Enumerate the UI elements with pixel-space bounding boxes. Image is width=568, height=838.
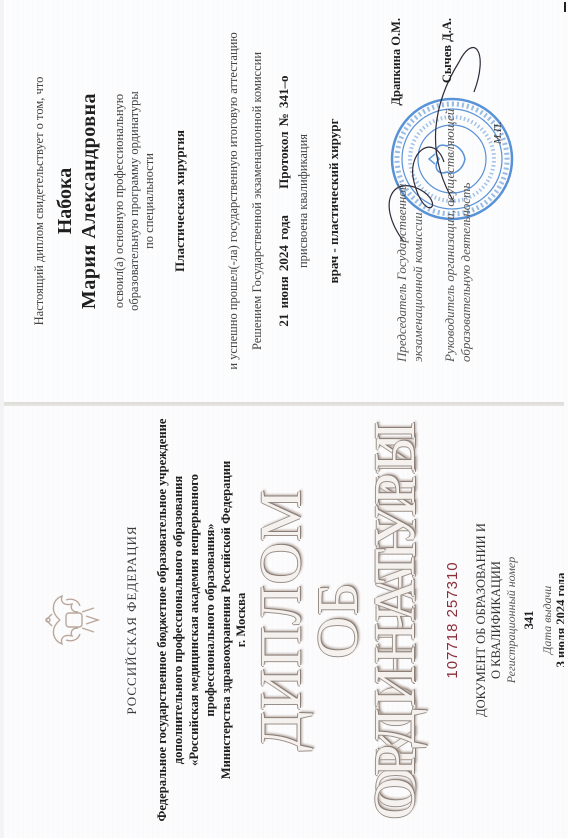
attestation-statement: и успешно прошел(-ла) государственную ит… xyxy=(226,0,241,402)
qualification: врач - пластический хирург xyxy=(326,0,342,402)
diploma-details-page: Настоящий диплом свидетельствует о том, … xyxy=(4,0,564,402)
country-heading: РОССИЙСКАЯ ФЕДЕРАЦИЯ xyxy=(124,402,140,838)
title-line-1: ДИПЛОМ xyxy=(252,402,310,838)
issue-date: 3 июля 2024 года xyxy=(554,402,564,838)
institution-name: Федеральное государственное бюджетное об… xyxy=(154,402,234,838)
qualification-label: присвоена квалификация xyxy=(296,0,311,402)
institution-line: Федеральное государственное бюджетное об… xyxy=(154,402,170,838)
commission-date-protocol: 21 июня 2024 года Протокол № 341–о xyxy=(276,0,292,402)
document-type-line: ДОКУМЕНТ ОБ ОБРАЗОВАНИИ И xyxy=(474,402,489,838)
document-type-line: О КВАЛИФИКАЦИИ xyxy=(489,402,504,838)
graduate-given-names: Мария Александровна xyxy=(78,0,101,402)
commission-decision: Решением Государственной экзаменационной… xyxy=(250,0,265,402)
head-role: Руководитель организации, осуществляющей… xyxy=(442,109,474,362)
role-line: экзаменационной комиссии xyxy=(410,184,426,362)
registration-number: 341 xyxy=(522,402,537,838)
issue-date-label: Дата выдачи xyxy=(540,402,555,838)
diploma-title-page: РОССИЙСКАЯ ФЕДЕРАЦИЯ Федеральное государ… xyxy=(4,401,564,838)
document-type: ДОКУМЕНТ ОБ ОБРАЗОВАНИИ И О КВАЛИФИКАЦИИ xyxy=(474,402,504,838)
institution-line: Министерства здравоохранения Российской … xyxy=(218,402,234,838)
intro-text: Настоящий диплом свидетельствует о том, … xyxy=(32,0,47,402)
role-line: Руководитель организации, осуществляющей xyxy=(442,109,458,362)
diploma-document: РОССИЙСКАЯ ФЕДЕРАЦИЯ Федеральное государ… xyxy=(4,0,564,838)
chairman-name: Драпкина О.М. xyxy=(389,18,404,106)
commission-date: 21 июня 2024 года xyxy=(276,215,291,326)
registration-label: Регистрационный номер xyxy=(504,402,519,838)
russian-coat-of-arms-icon xyxy=(42,592,102,648)
specialty: Пластическая хирургия xyxy=(172,0,188,402)
head-name: Сычев Д.А. xyxy=(440,18,455,83)
program-line: освоил(а) основную профессиональную xyxy=(112,0,127,402)
stamp-mark: М.П. xyxy=(492,121,504,144)
protocol-number: Протокол № 341–о xyxy=(276,75,291,188)
city: г. Москва xyxy=(234,402,249,838)
role-line: Председатель Государственной xyxy=(394,184,410,362)
serial-number: 107718 257310 xyxy=(444,402,461,838)
graduate-surname: Набока xyxy=(54,0,77,402)
program-line: образовательную программу ординатуры xyxy=(127,0,142,402)
institution-line: «Российская медицинская академия непреры… xyxy=(186,402,202,838)
institution-line: дополнительного профессионального образо… xyxy=(170,402,186,838)
program-line: по специальности xyxy=(142,0,157,402)
institution-line: профессионального образования» xyxy=(202,402,218,838)
program-statement: освоил(а) основную профессиональную обра… xyxy=(112,0,157,402)
chairman-role: Председатель Государственной экзаменацио… xyxy=(394,184,426,362)
role-line: образовательную деятельность xyxy=(458,109,474,362)
title-line-3: ОРДИНАТУРЫ xyxy=(366,402,424,838)
